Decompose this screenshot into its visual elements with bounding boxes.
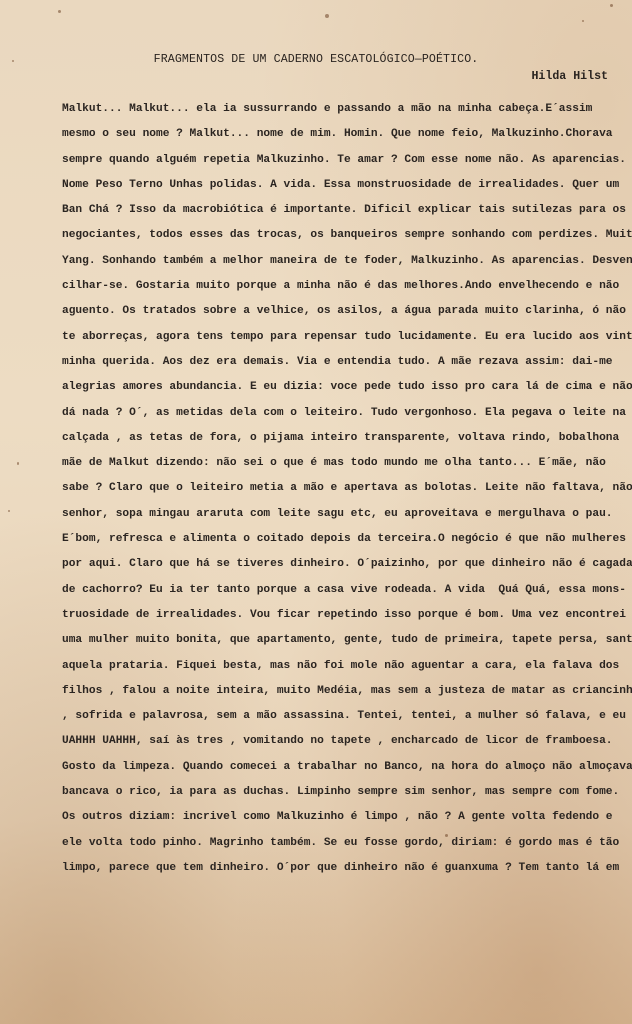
text-line: Os outros diziam: incrivel como Malkuzin… [62,805,632,830]
paper-speck [8,510,10,512]
text-line: ele volta todo pinho. Magrinho também. S… [62,831,632,856]
text-line: mãe de Malkut dizendo: não sei o que é m… [62,451,632,476]
text-line: minha querida. Aos dez era demais. Via e… [62,350,632,375]
text-line: Nome Peso Terno Unhas polidas. A vida. E… [62,173,632,198]
text-line: calçada , as tetas de fora, o pijama int… [62,426,632,451]
text-line: mesmo o seu nome ? Malkut... nome de mim… [62,122,632,147]
paper-speck [582,20,584,22]
text-line: Malkut... Malkut... ela ia sussurrando e… [62,97,632,122]
text-line: de cachorro? Eu ia ter tanto porque a ca… [62,578,632,603]
text-line: cilhar-se. Gostaria muito porque a minha… [62,274,632,299]
text-line: , sofrida e palavrosa, sem a mão assassi… [62,704,632,729]
text-line: sabe ? Claro que o leiteiro metia a mão … [62,476,632,501]
text-line: por aqui. Claro que há se tiveres dinhei… [62,552,632,577]
text-line: filhos , falou a noite inteira, muito Me… [62,679,632,704]
document-title: FRAGMENTOS DE UM CADERNO ESCATOLÓGICO—PO… [0,53,632,66]
text-line: aquela prataria. Fiquei besta, mas não f… [62,654,632,679]
paper-speck [58,10,61,13]
text-line: uma mulher muito bonita, que apartamento… [62,628,632,653]
text-line: limpo, parece que tem dinheiro. O´por qu… [62,856,632,881]
text-line: sempre quando alguém repetia Malkuzinho.… [62,148,632,173]
text-line: Yang. Sonhando também a melhor maneira d… [62,249,632,274]
text-line: senhor, sopa mingau araruta com leite sa… [62,502,632,527]
text-line: negociantes, todos esses das trocas, os … [62,223,632,248]
text-line: aguento. Os tratados sobre a velhice, os… [62,299,632,324]
text-line: bancava o rico, ia para as duchas. Limpi… [62,780,632,805]
text-line: UAHHH UAHHH, saí às tres , vomitando no … [62,729,632,754]
paper-speck [610,4,613,7]
typewritten-page: FRAGMENTOS DE UM CADERNO ESCATOLÓGICO—PO… [0,0,632,1024]
text-line: E´bom, refresca e alimenta o coitado dep… [62,527,632,552]
text-line: truosidade de irrealidades. Vou ficar re… [62,603,632,628]
paper-speck [17,462,19,465]
paper-speck [325,14,329,18]
text-line: Gosto da limpeza. Quando comecei a traba… [62,755,632,780]
text-line: dá nada ? O´, as metidas dela com o leit… [62,401,632,426]
text-line: Ban Chá ? Isso da macrobiótica é importa… [62,198,632,223]
text-line: alegrias amores abundancia. E eu dizia: … [62,375,632,400]
document-body: Malkut... Malkut... ela ia sussurrando e… [62,97,632,881]
text-line: te aborreças, agora tens tempo para repe… [62,325,632,350]
document-author: Hilda Hilst [531,70,608,83]
